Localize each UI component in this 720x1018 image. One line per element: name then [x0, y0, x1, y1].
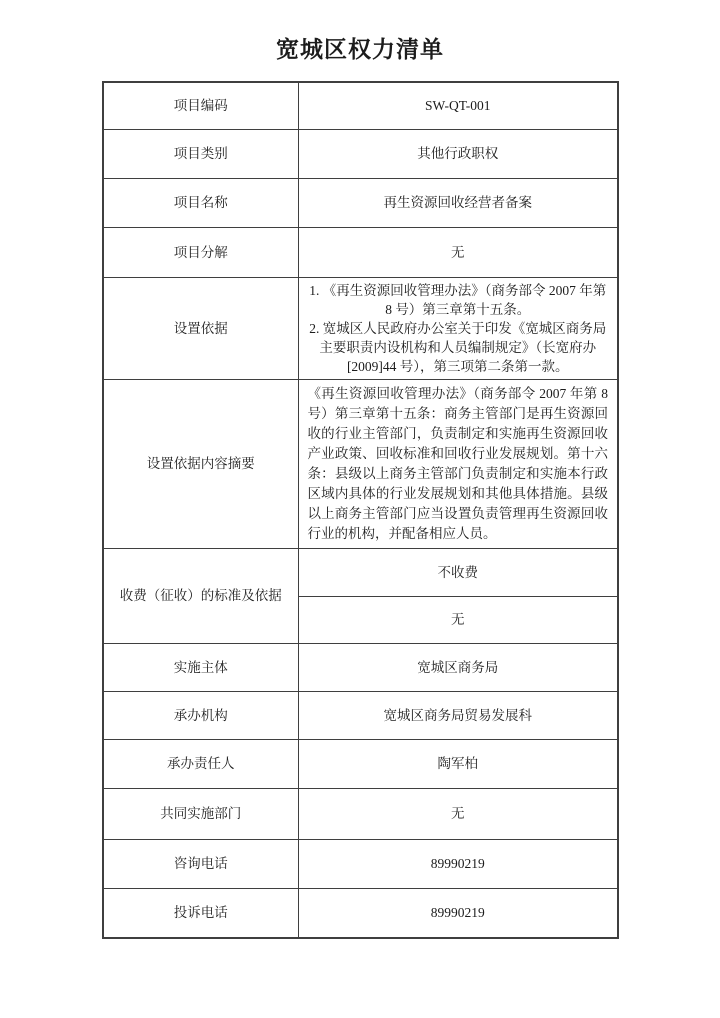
- label-project-name: 项目名称: [103, 178, 298, 227]
- table-row: 承办机构 宽城区商务局贸易发展科: [103, 691, 618, 739]
- label-joint-departments: 共同实施部门: [103, 788, 298, 839]
- value-setting-basis: 1. 《再生资源回收管理办法》（商务部令 2007 年第 8 号）第三章第十五条…: [298, 277, 618, 379]
- table-row: 收费（征收）的标准及依据 不收费: [103, 548, 618, 596]
- value-project-category: 其他行政职权: [298, 129, 618, 178]
- table-row: 承办责任人 陶军柏: [103, 739, 618, 788]
- value-fee-standard-2: 无: [298, 596, 618, 643]
- label-basis-summary: 设置依据内容摘要: [103, 379, 298, 548]
- value-project-breakdown: 无: [298, 227, 618, 277]
- table-row: 投诉电话 89990219: [103, 888, 618, 938]
- setting-basis-item-1: 1. 《再生资源回收管理办法》（商务部令 2007 年第 8 号）第三章第十五条…: [307, 281, 610, 319]
- label-setting-basis: 设置依据: [103, 277, 298, 379]
- table-row: 实施主体 宽城区商务局: [103, 643, 618, 691]
- table-row: 项目名称 再生资源回收经营者备案: [103, 178, 618, 227]
- table-row: 项目编码 SW-QT-001: [103, 82, 618, 129]
- table-row: 设置依据内容摘要 《再生资源回收管理办法》（商务部令 2007 年第 8 号）第…: [103, 379, 618, 548]
- table-row: 设置依据 1. 《再生资源回收管理办法》（商务部令 2007 年第 8 号）第三…: [103, 277, 618, 379]
- label-undertaking-agency: 承办机构: [103, 691, 298, 739]
- value-project-name: 再生资源回收经营者备案: [298, 178, 618, 227]
- table-row: 项目分解 无: [103, 227, 618, 277]
- label-project-breakdown: 项目分解: [103, 227, 298, 277]
- label-fee-standard: 收费（征收）的标准及依据: [103, 548, 298, 643]
- label-implementing-body: 实施主体: [103, 643, 298, 691]
- label-responsible-person: 承办责任人: [103, 739, 298, 788]
- document-page: { "title": "宽城区权力清单", "colors": { "text"…: [0, 0, 720, 1018]
- value-responsible-person: 陶军柏: [298, 739, 618, 788]
- table-row: 咨询电话 89990219: [103, 839, 618, 888]
- power-list-table: 项目编码 SW-QT-001 项目类别 其他行政职权 项目名称 再生资源回收经营…: [102, 81, 619, 939]
- value-project-code: SW-QT-001: [298, 82, 618, 129]
- page-title: 宽城区权力清单: [0, 36, 720, 62]
- value-fee-standard-1: 不收费: [298, 548, 618, 596]
- table-row: 共同实施部门 无: [103, 788, 618, 839]
- value-undertaking-agency: 宽城区商务局贸易发展科: [298, 691, 618, 739]
- label-project-code: 项目编码: [103, 82, 298, 129]
- value-complaint-phone: 89990219: [298, 888, 618, 938]
- label-consultation-phone: 咨询电话: [103, 839, 298, 888]
- setting-basis-item-2: 2. 宽城区人民政府办公室关于印发《宽城区商务局主要职责内设机构和人员编制规定》…: [307, 319, 610, 376]
- value-basis-summary: 《再生资源回收管理办法》（商务部令 2007 年第 8 号）第三章第十五条：商务…: [298, 379, 618, 548]
- value-consultation-phone: 89990219: [298, 839, 618, 888]
- table-row: 项目类别 其他行政职权: [103, 129, 618, 178]
- value-implementing-body: 宽城区商务局: [298, 643, 618, 691]
- label-complaint-phone: 投诉电话: [103, 888, 298, 938]
- value-joint-departments: 无: [298, 788, 618, 839]
- label-project-category: 项目类别: [103, 129, 298, 178]
